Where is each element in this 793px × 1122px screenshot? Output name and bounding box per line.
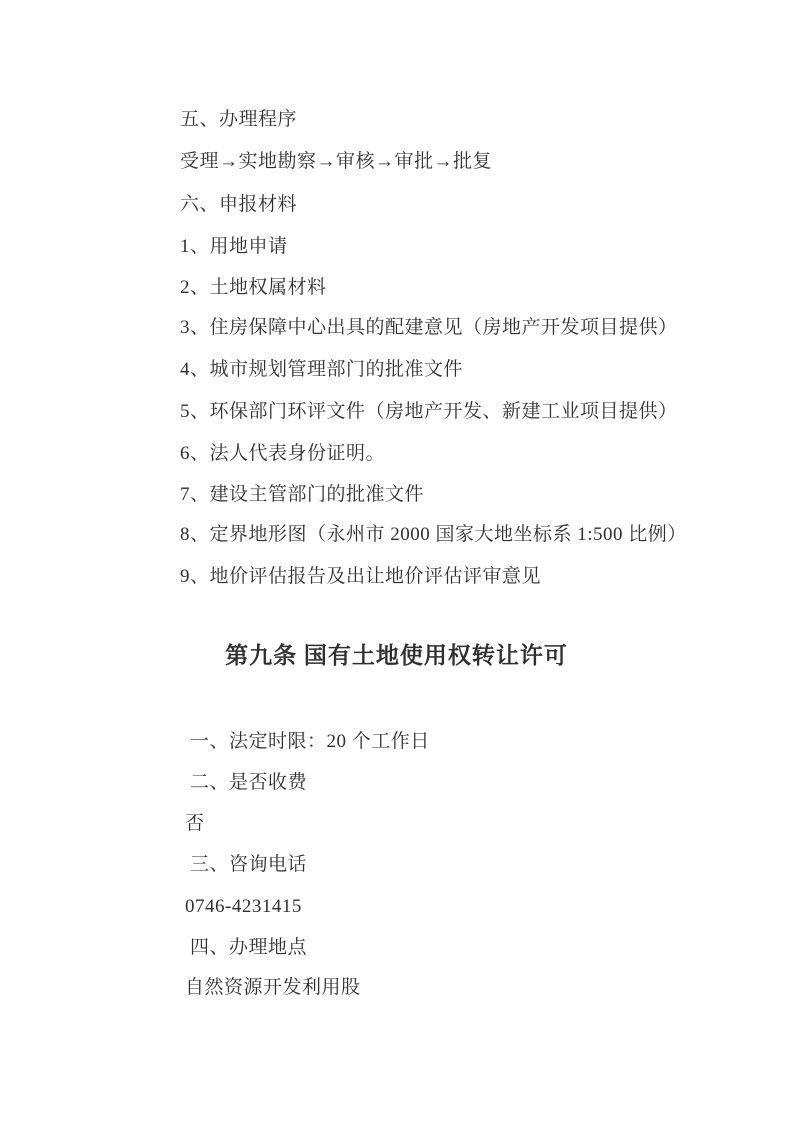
paragraph-line: 3、住房保障中心出具的配建意见（房地产开发项目提供） [180, 316, 678, 340]
paragraph-line: 六、申报材料 [180, 193, 297, 217]
paragraph-line: 7、建设主管部门的批准文件 [180, 483, 424, 507]
paragraph-line: 自然资源开发利用股 [185, 976, 361, 1000]
paragraph-line: 三、咨询电话 [190, 853, 307, 877]
paragraph-line: 8、定界地形图（永州市 2000 国家大地坐标系 1:500 比例） [180, 523, 687, 547]
paragraph-line: 5、环保部门环评文件（房地产开发、新建工业项目提供） [180, 400, 678, 424]
document-page: 五、办理程序受理→实地勘察→审核→审批→批复六、申报材料1、用地申请2、土地权属… [0, 0, 793, 1122]
paragraph-line: 1、用地申请 [180, 235, 288, 259]
paragraph-line: 0746-4231415 [185, 895, 302, 919]
paragraph-line: 否 [185, 812, 205, 836]
paragraph-line: 四、办理地点 [190, 936, 307, 960]
paragraph-line: 9、地价评估报告及出让地价评估评审意见 [180, 565, 541, 589]
paragraph-line: 6、法人代表身份证明。 [180, 442, 385, 466]
paragraph-line: 一、法定时限：20 个工作日 [190, 730, 430, 754]
paragraph-line: 受理→实地勘察→审核→审批→批复 [180, 150, 492, 174]
section-heading: 第九条 国有土地使用权转让许可 [0, 641, 793, 671]
paragraph-line: 4、城市规划管理部门的批准文件 [180, 358, 463, 382]
paragraph-line: 五、办理程序 [180, 108, 297, 132]
paragraph-line: 2、土地权属材料 [180, 276, 327, 300]
paragraph-line: 二、是否收费 [190, 771, 307, 795]
